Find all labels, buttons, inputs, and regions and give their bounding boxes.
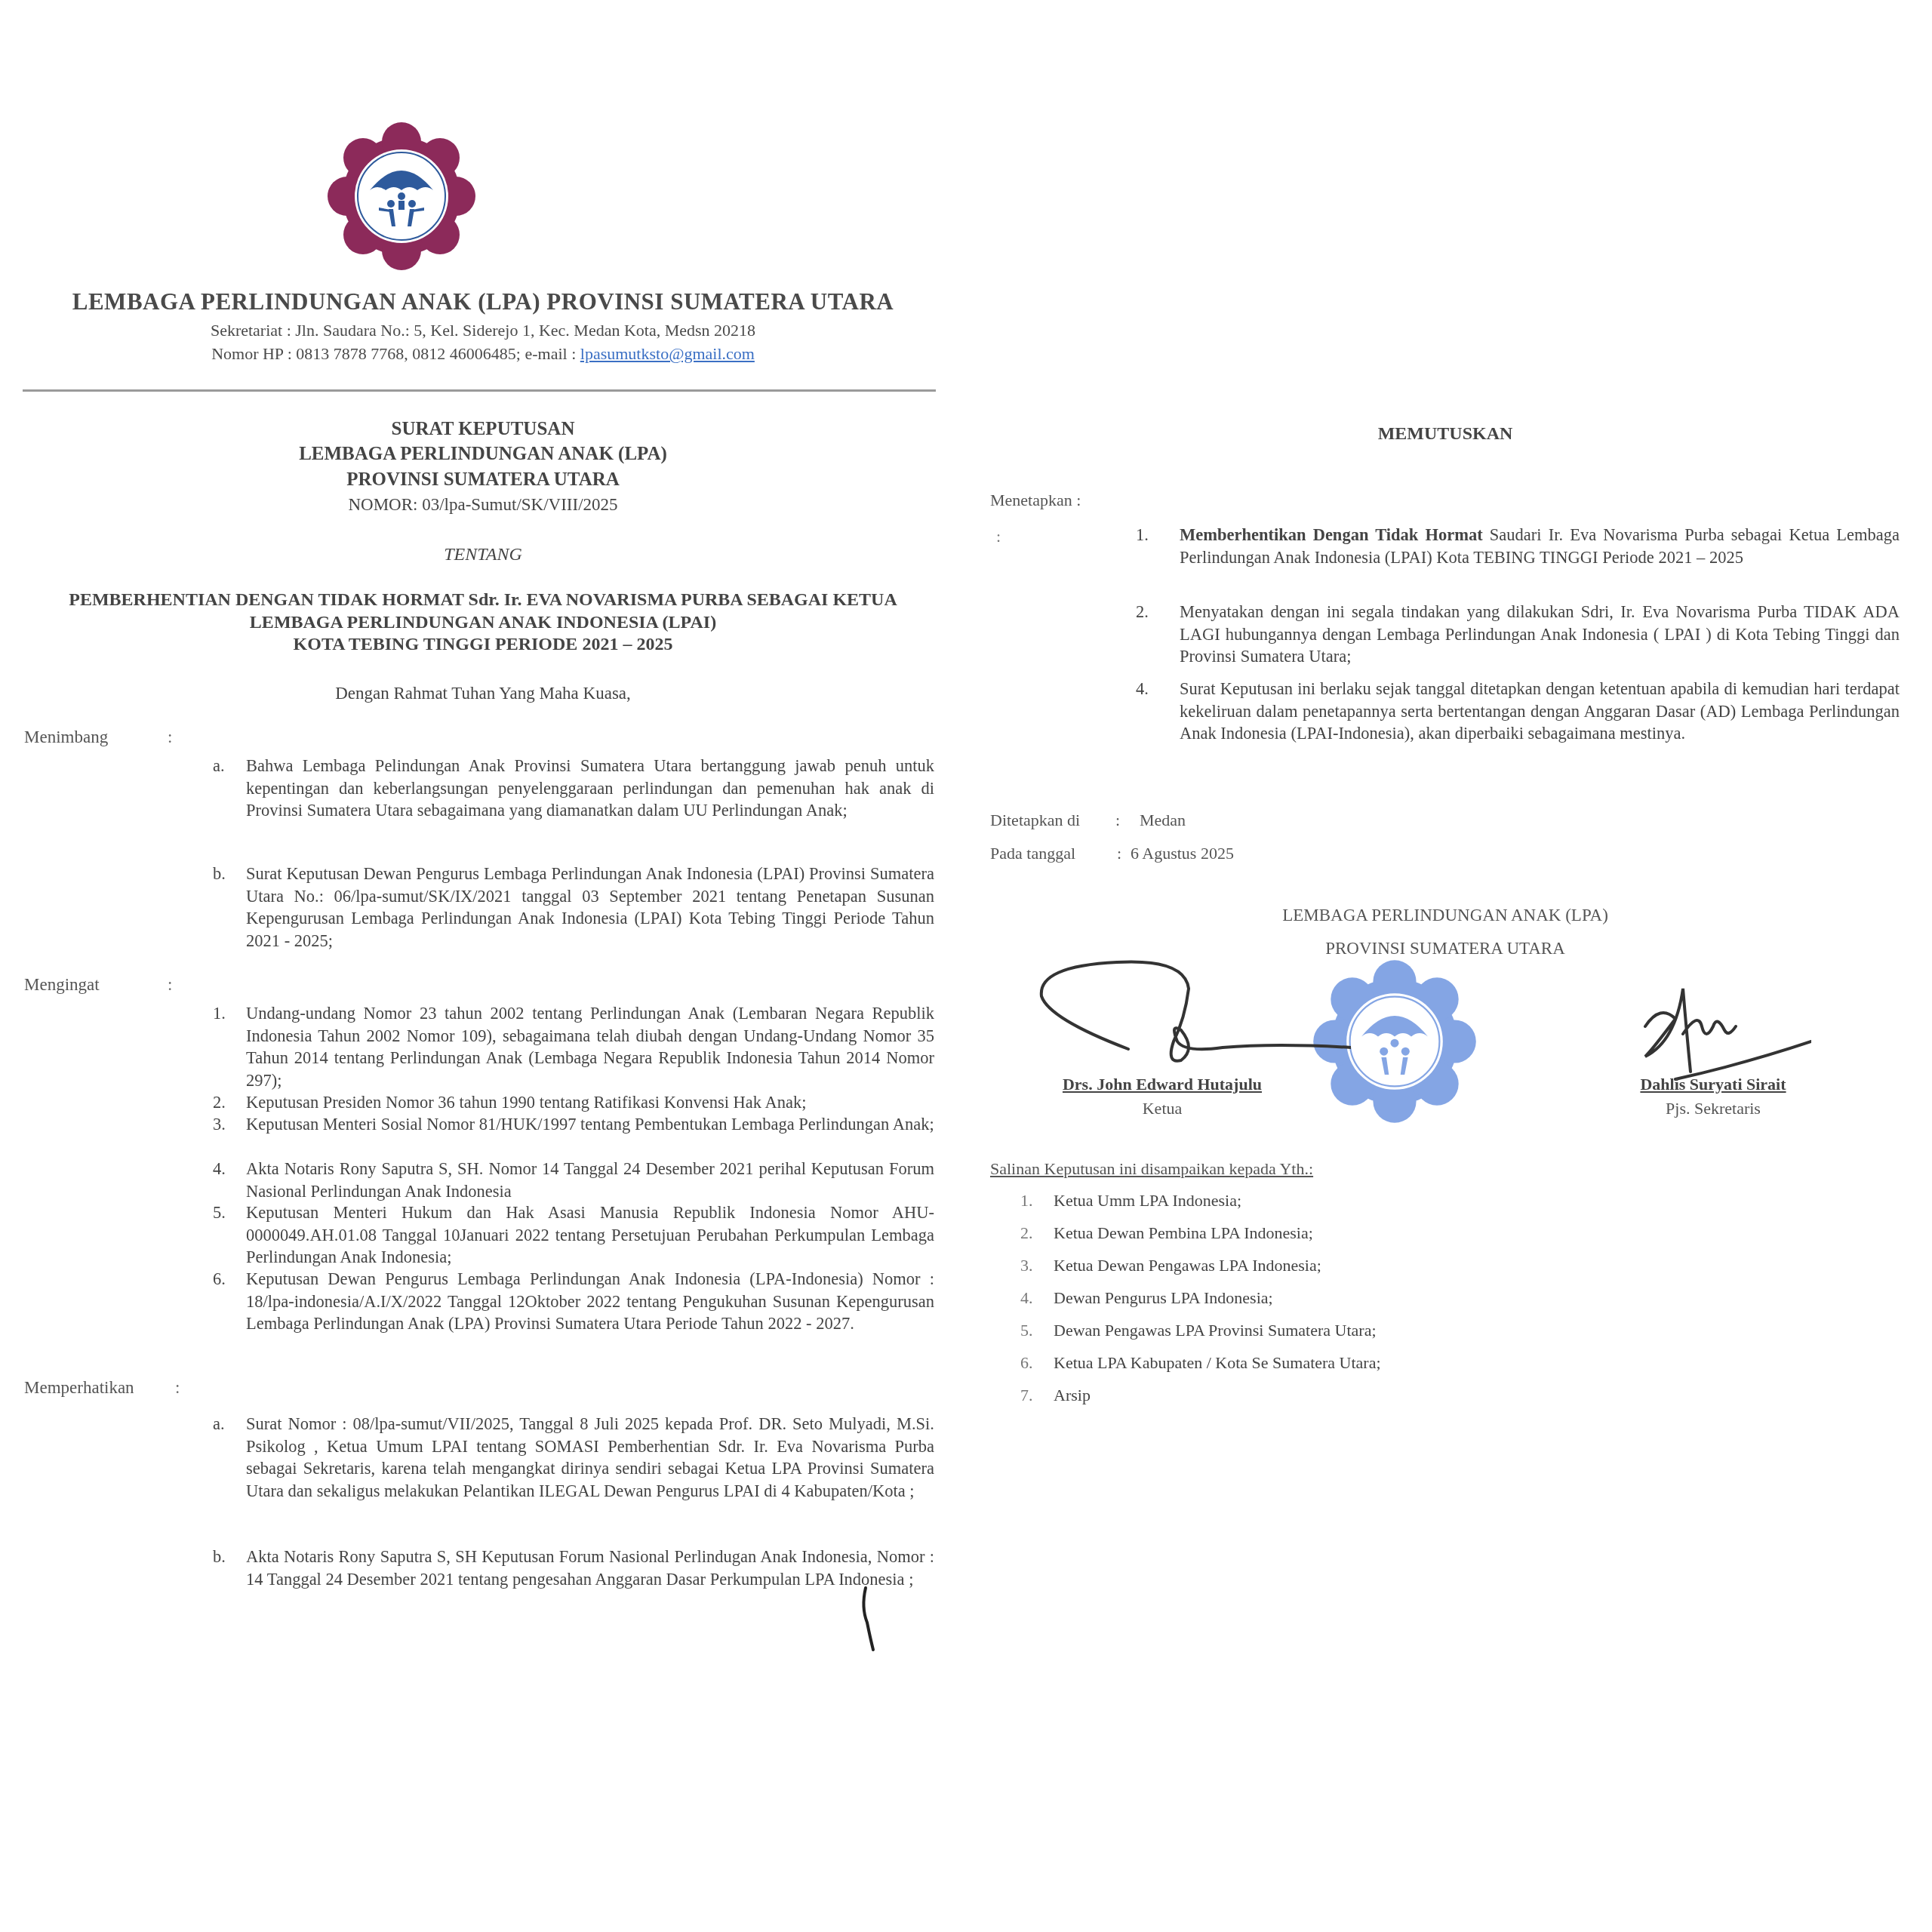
enacted-place-colon: :	[1115, 811, 1120, 830]
item-text: Dewan Pengurus LPA Indonesia;	[1054, 1288, 1273, 1307]
item-marker: b.	[213, 1546, 226, 1568]
decree-tentang: TENTANG	[30, 545, 936, 565]
signature-org-line-1: LEMBAGA PERLINDUNGAN ANAK (LPA)	[989, 906, 1902, 925]
enacted-date-colon: :	[1117, 844, 1121, 863]
mengingat-item: 3. Keputusan Menteri Sosial Nomor 81/HUK…	[213, 1113, 934, 1136]
item-marker: 4.	[1020, 1288, 1054, 1308]
decree-subject-line-3: KOTA TEBING TINGGI PERIODE 2021 – 2025	[30, 635, 936, 655]
pen-mark-icon	[857, 1585, 879, 1653]
enacted-date-label: Pada tanggal	[990, 844, 1075, 863]
menetapkan-colon: :	[996, 527, 1001, 546]
item-text: Surat Keputusan ini berlaku sejak tangga…	[1180, 678, 1900, 745]
item-text: Bahwa Lembaga Pelindungan Anak Provinsi …	[246, 755, 934, 822]
section-label-mengingat: Mengingat	[24, 975, 100, 995]
copy-recipient: 3.Ketua Dewan Pengawas LPA Indonesia;	[1020, 1256, 1321, 1275]
item-text: Surat Keputusan Dewan Pengurus Lembaga P…	[246, 863, 934, 952]
menetapkan-label: Menetapkan :	[990, 491, 1081, 510]
email-link[interactable]: lpasumutksto@gmail.com	[580, 344, 755, 363]
item-marker: 5.	[213, 1201, 226, 1224]
item-text: Dewan Pengawas LPA Provinsi Sumatera Uta…	[1054, 1321, 1377, 1340]
item-marker: 3.	[213, 1113, 226, 1136]
item-text: Keputusan Dewan Pengurus Lembaga Perlind…	[246, 1268, 934, 1335]
item-text: Ketua Dewan Pembina LPA Indonesia;	[1054, 1223, 1313, 1242]
item-text: Ketua Dewan Pengawas LPA Indonesia;	[1054, 1256, 1321, 1275]
letterhead-org-title: LEMBAGA PERLINDUNGAN ANAK (LPA) PROVINSI…	[30, 288, 936, 315]
menimbang-item: b. Surat Keputusan Dewan Pengurus Lembag…	[213, 863, 934, 952]
letterhead-phone: Nomor HP : 0813 7878 7768, 0812 46006485…	[211, 344, 580, 363]
item-text: Undang-undang Nomor 23 tahun 2002 tentan…	[246, 1002, 934, 1091]
item-marker: 3.	[1020, 1256, 1054, 1275]
item-marker: 4.	[1136, 678, 1149, 700]
section-label-menimbang: Menimbang	[24, 728, 108, 747]
item-text: Keputusan Menteri Sosial Nomor 81/HUK/19…	[246, 1113, 934, 1136]
lpa-logo-icon	[326, 121, 477, 272]
mengingat-item: 6. Keputusan Dewan Pengurus Lembaga Perl…	[213, 1268, 934, 1335]
letterhead-divider	[23, 389, 936, 392]
copy-recipient: 2.Ketua Dewan Pembina LPA Indonesia;	[1020, 1223, 1313, 1243]
decree-greeting: Dengan Rahmat Tuhan Yang Maha Kuasa,	[30, 684, 936, 703]
item-marker: 6.	[213, 1268, 226, 1291]
decree-org: LEMBAGA PERLINDUNGAN ANAK (LPA)	[30, 444, 936, 465]
decree-number: NOMOR: 03/lpa-Sumut/SK/VIII/2025	[30, 495, 936, 515]
item-text: Akta Notaris Rony Saputra S, SH Keputusa…	[246, 1546, 934, 1590]
memperhatikan-item: b. Akta Notaris Rony Saputra S, SH Keput…	[213, 1546, 934, 1590]
signature-ketua-icon	[1034, 958, 1351, 1072]
item-text: Akta Notaris Rony Saputra S, SH. Nomor 1…	[246, 1158, 934, 1202]
decision-bold-lead: Memberhentikan Dengan Tidak Hormat	[1180, 525, 1483, 544]
item-marker: 7.	[1020, 1386, 1054, 1405]
section-colon: :	[175, 1378, 180, 1398]
signer-name: Dahlis Suryati Sirait	[1600, 1075, 1826, 1094]
mengingat-item: 5. Keputusan Menteri Hukum dan Hak Asasi…	[213, 1201, 934, 1269]
item-marker: b.	[213, 863, 226, 885]
section-label-memperhatikan: Memperhatikan	[24, 1378, 134, 1398]
mengingat-item: 2. Keputusan Presiden Nomor 36 tahun 199…	[213, 1091, 934, 1114]
item-marker: 2.	[1136, 601, 1149, 623]
signer-role: Pjs. Sekretaris	[1600, 1099, 1826, 1118]
decision-item: 2. Menyatakan dengan ini segala tindakan…	[1136, 601, 1900, 668]
memperhatikan-item: a. Surat Nomor : 08/lpa-sumut/VII/2025, …	[213, 1413, 934, 1502]
enacted-date-value: 6 Agustus 2025	[1131, 844, 1234, 863]
menimbang-item: a. Bahwa Lembaga Pelindungan Anak Provin…	[213, 755, 934, 822]
item-marker: a.	[213, 1413, 225, 1435]
signature-org-line-2: PROVINSI SUMATERA UTARA	[989, 939, 1902, 958]
item-text: Menyatakan dengan ini segala tindakan ya…	[1180, 601, 1900, 668]
decree-title: SURAT KEPUTUSAN	[30, 419, 936, 440]
signer-role: Ketua	[1034, 1099, 1291, 1118]
signature-sekretaris-icon	[1630, 974, 1811, 1087]
item-text: Surat Nomor : 08/lpa-sumut/VII/2025, Tan…	[246, 1413, 934, 1502]
copy-recipient: 6.Ketua LPA Kabupaten / Kota Se Sumatera…	[1020, 1353, 1381, 1373]
item-text: Memberhentikan Dengan Tidak Hormat Sauda…	[1180, 524, 1900, 568]
item-marker: 6.	[1020, 1353, 1054, 1373]
item-marker: 5.	[1020, 1321, 1054, 1340]
copy-recipient: 1.Ketua Umm LPA Indonesia;	[1020, 1191, 1241, 1211]
letterhead-address: Sekretariat : Jln. Saudara No.: 5, Kel. …	[30, 321, 936, 340]
decision-item: 1. Memberhentikan Dengan Tidak Hormat Sa…	[1136, 524, 1900, 568]
item-marker: 1.	[213, 1002, 226, 1025]
item-marker: 1.	[1020, 1191, 1054, 1211]
item-text: Keputusan Menteri Hukum dan Hak Asasi Ma…	[246, 1201, 934, 1269]
copy-recipient: 7.Arsip	[1020, 1386, 1091, 1405]
copies-title: Salinan Keputusan ini disampaikan kepada…	[990, 1159, 1313, 1179]
item-marker: 2.	[1020, 1223, 1054, 1243]
section-colon: :	[168, 975, 172, 995]
item-marker: 1.	[1136, 524, 1149, 546]
item-text: Arsip	[1054, 1386, 1091, 1404]
decree-province: PROVINSI SUMATERA UTARA	[30, 469, 936, 491]
decree-subject-line-2: LEMBAGA PERLINDUNGAN ANAK INDONESIA (LPA…	[30, 613, 936, 633]
memutuskan-heading: MEMUTUSKAN	[989, 424, 1902, 445]
item-text: Keputusan Presiden Nomor 36 tahun 1990 t…	[246, 1091, 934, 1114]
item-text: Ketua LPA Kabupaten / Kota Se Sumatera U…	[1054, 1353, 1381, 1372]
copy-recipient: 4.Dewan Pengurus LPA Indonesia;	[1020, 1288, 1273, 1308]
letterhead-contact: Nomor HP : 0813 7878 7768, 0812 46006485…	[30, 344, 936, 364]
copy-recipient: 5.Dewan Pengawas LPA Provinsi Sumatera U…	[1020, 1321, 1377, 1340]
item-marker: 4.	[213, 1158, 226, 1180]
enacted-place-value: Medan	[1140, 811, 1186, 830]
signer-name: Drs. John Edward Hutajulu	[1034, 1075, 1291, 1094]
enacted-place-label: Ditetapkan di	[990, 811, 1080, 830]
item-marker: 2.	[213, 1091, 226, 1114]
mengingat-item: 1. Undang-undang Nomor 23 tahun 2002 ten…	[213, 1002, 934, 1091]
decree-subject-line-1: PEMBERHENTIAN DENGAN TIDAK HORMAT Sdr. I…	[30, 590, 936, 611]
item-marker: a.	[213, 755, 225, 777]
decision-item: 4. Surat Keputusan ini berlaku sejak tan…	[1136, 678, 1900, 745]
item-text: Ketua Umm LPA Indonesia;	[1054, 1191, 1241, 1210]
section-colon: :	[168, 728, 172, 747]
mengingat-item: 4. Akta Notaris Rony Saputra S, SH. Nomo…	[213, 1158, 934, 1202]
